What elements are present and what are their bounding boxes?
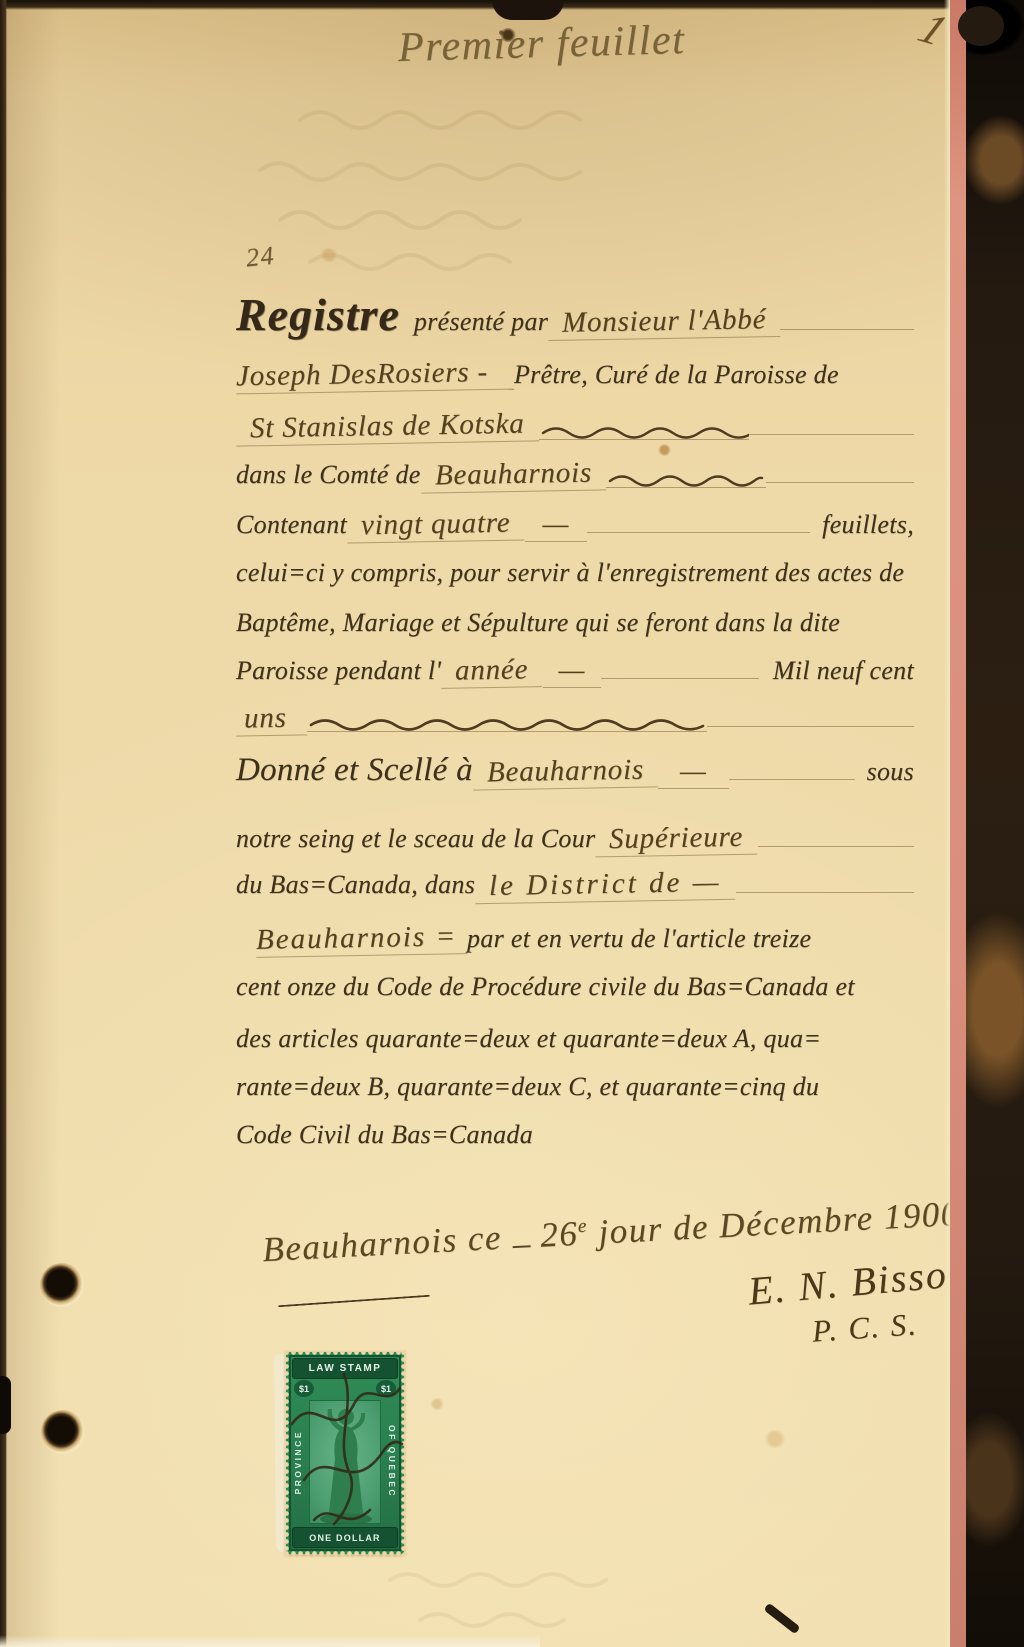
decree-line-beauharnois-vertu: Beauharnois = par et en vertu de l'artic… <box>236 922 914 956</box>
decree-line-code-civil: Code Civil du Bas=Canada <box>236 1120 914 1150</box>
printed-feuillets: feuillets, <box>810 510 914 540</box>
binding-edge-right <box>966 0 1024 1647</box>
bleedthrough-writing-bottom <box>380 1560 740 1640</box>
printed-bapteme-mariage: Baptême, Mariage et Sépulture qui se fer… <box>236 608 840 638</box>
binding-smudge-top <box>492 0 564 20</box>
printed-des-articles: des articles quarante=deux et quarante=d… <box>236 1024 821 1054</box>
folio-header-text: Premier feuillet <box>397 17 685 71</box>
ruled-line <box>766 482 914 483</box>
punch-hole-top <box>40 1263 84 1307</box>
printed-paroisse-pendant: Paroisse pendant l' <box>236 656 441 686</box>
written-uns: uns <box>236 701 307 736</box>
form-line-uns: uns <box>236 702 914 736</box>
ruled-line <box>749 434 914 435</box>
scanned-register-page: Premier feuillet 1 24 Registre présenté … <box>0 0 1024 1647</box>
printed-code-civil: Code Civil du Bas=Canada <box>236 1120 533 1150</box>
date-day: 26 <box>539 1214 579 1255</box>
form-line-registre: Registre présenté par Monsieur l'Abbé <box>236 292 914 339</box>
written-monsieur-abbe: Monsieur l'Abbé <box>548 303 781 341</box>
ruled-line <box>736 892 914 893</box>
page-block-edge-pink <box>950 0 966 1647</box>
pencil-number: 24 <box>245 241 277 274</box>
law-stamp: LAW STAMP $1 $1 PROVINCE OF QUEBEC ONE D… <box>286 1352 404 1554</box>
printed-du-bas-canada: du Bas=Canada, dans <box>236 870 475 900</box>
binding-blob-top-right <box>958 6 1004 46</box>
decree-line-district: du Bas=Canada, dans le District de — <box>236 868 914 902</box>
decree-line-articles: des articles quarante=deux et quarante=d… <box>236 1024 914 1054</box>
form-line-celui-ci: celui=ci y compris, pour servir à l'enre… <box>236 558 914 588</box>
written-st-stanislas: St Stanislas de Kotska <box>236 407 539 446</box>
registre-title: Registre <box>236 292 400 338</box>
decree-line-seing: notre seing et le sceau de la Cour Supér… <box>236 822 914 856</box>
wavy-filler <box>307 713 707 732</box>
written-joseph-desrosiers: Joseph DesRosiers - <box>236 356 515 395</box>
written-dash: — <box>658 755 729 789</box>
printed-celui-ci: celui=ci y compris, pour servir à l'enre… <box>236 558 904 588</box>
written-dash: — <box>543 654 602 688</box>
folio-header: Premier feuillet <box>397 16 685 72</box>
ruled-line <box>707 726 914 727</box>
form-line-annee: Paroisse pendant l' année — Mil neuf cen… <box>236 654 914 688</box>
printed-rante-deux: rante=deux B, quarante=deux C, et quaran… <box>236 1072 819 1102</box>
form-line-contenant: Contenant vingt quatre — feuillets, <box>236 508 914 542</box>
decree-line-quarante: rante=deux B, quarante=deux C, et quaran… <box>236 1072 914 1102</box>
written-le-district: le District de — <box>475 866 736 905</box>
form-line-cure: Joseph DesRosiers - Prêtre, Curé de la P… <box>236 358 914 392</box>
ruled-line <box>587 532 810 533</box>
wavy-filler <box>539 421 749 440</box>
printed-contenant: Contenant <box>236 510 347 540</box>
written-superieure: Supérieure <box>595 821 758 858</box>
date-day-suffix: e <box>577 1216 588 1237</box>
faded-spot <box>430 1398 444 1410</box>
written-beauharnois: Beauharnois <box>420 456 606 493</box>
ruled-line <box>780 329 914 330</box>
form-line-paroisse-nom: St Stanislas de Kotska <box>236 410 914 444</box>
cancellation-ink <box>286 1352 404 1554</box>
rust-spot <box>658 444 671 456</box>
ink-blot <box>500 28 516 42</box>
signature-title-text: P. C. S. <box>811 1306 919 1348</box>
printed-notre-seing: notre seing et le sceau de la Cour <box>236 824 595 854</box>
ruled-line <box>601 678 759 679</box>
printed-pretre-cure: Prêtre, Curé de la Paroisse de <box>514 360 839 390</box>
decree-line-donne: Donné et Scellé à Beauharnois — sous <box>236 752 914 789</box>
pencil-number-text: 24 <box>245 241 277 273</box>
printed-mil-neuf-cent: Mil neuf cent <box>759 656 914 686</box>
printed-dans-le-comte: dans le Comté de <box>236 460 421 490</box>
written-dash: — <box>525 508 588 542</box>
faded-spot <box>764 1430 786 1448</box>
printed-donne-scelle: Donné et Scellé à <box>236 752 473 789</box>
binding-notch-left <box>0 1376 11 1434</box>
faded-spot <box>320 248 338 262</box>
written-beauharnois-2: Beauharnois <box>473 753 659 790</box>
form-line-bapteme: Baptême, Mariage et Sépulture qui se fer… <box>236 608 914 638</box>
written-vingt-quatre: vingt quatre <box>347 506 525 543</box>
decree-line-cent-onze: cent onze du Code de Procédure civile du… <box>236 972 914 1002</box>
paper-edge-bottom <box>0 1635 540 1647</box>
punch-hole-bottom <box>41 1410 85 1454</box>
printed-cent-onze: cent onze du Code de Procédure civile du… <box>236 972 855 1002</box>
wavy-filler <box>606 469 766 488</box>
written-annee: année <box>441 653 543 689</box>
signature-title: P. C. S. <box>811 1306 919 1349</box>
form-line-comte: dans le Comté de Beauharnois <box>236 458 914 492</box>
printed-sous: sous <box>855 757 914 787</box>
ruled-line <box>729 779 855 780</box>
printed-presente-par: présenté par <box>414 307 548 337</box>
written-beauharnois-3: Beauharnois = <box>256 920 468 958</box>
printed-par-et-en-vertu: par et en vertu de l'article treize <box>467 924 811 954</box>
ruled-line <box>758 846 914 847</box>
